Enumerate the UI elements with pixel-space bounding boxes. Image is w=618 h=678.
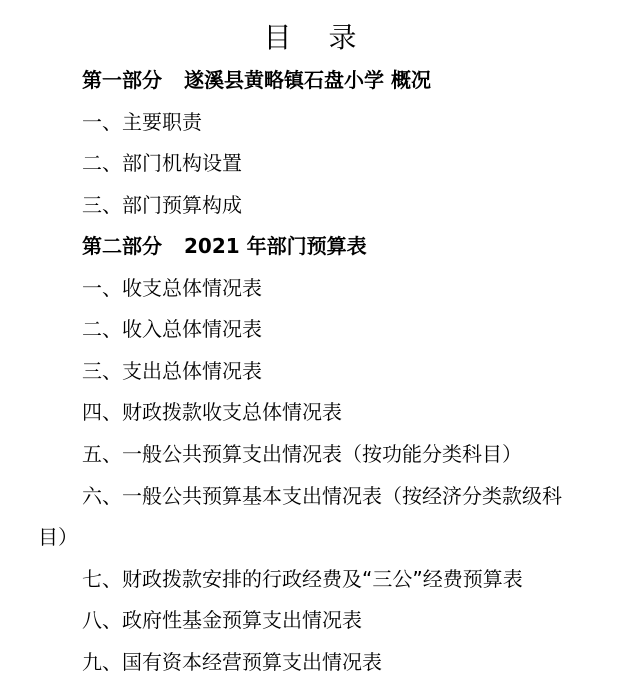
- toc-item[interactable]: 二、收入总体情况表: [82, 317, 262, 341]
- part2-label: 第二部分: [82, 234, 162, 258]
- part2-name: 2021 年部门预算表: [184, 234, 367, 258]
- toc-item[interactable]: 七、财政拨款安排的行政经费及“三公”经费预算表: [82, 567, 523, 591]
- part2-heading[interactable]: 第二部分2021 年部门预算表: [82, 234, 367, 258]
- toc-item[interactable]: 三、部门预算构成: [82, 193, 242, 217]
- toc-item[interactable]: 五、一般公共预算支出情况表（按功能分类科目）: [82, 442, 522, 466]
- toc-item-continuation[interactable]: 目）: [38, 525, 78, 549]
- part1-name: 遂溪县黄略镇石盘小学 概况: [184, 68, 431, 92]
- page-title: 目 录: [0, 18, 618, 58]
- toc-item[interactable]: 一、收支总体情况表: [82, 276, 262, 300]
- toc-item[interactable]: 四、财政拨款收支总体情况表: [82, 400, 342, 424]
- toc-item[interactable]: 二、部门机构设置: [82, 151, 242, 175]
- toc-item[interactable]: 三、支出总体情况表: [82, 359, 262, 383]
- toc-item[interactable]: 八、政府性基金预算支出情况表: [82, 608, 362, 632]
- part1-heading[interactable]: 第一部分遂溪县黄略镇石盘小学 概况: [82, 68, 431, 92]
- toc-item[interactable]: 九、国有资本经营预算支出情况表: [82, 650, 382, 674]
- toc-item[interactable]: 六、一般公共预算基本支出情况表（按经济分类款级科: [82, 484, 562, 508]
- part1-label: 第一部分: [82, 68, 162, 92]
- toc-item[interactable]: 一、主要职责: [82, 110, 202, 134]
